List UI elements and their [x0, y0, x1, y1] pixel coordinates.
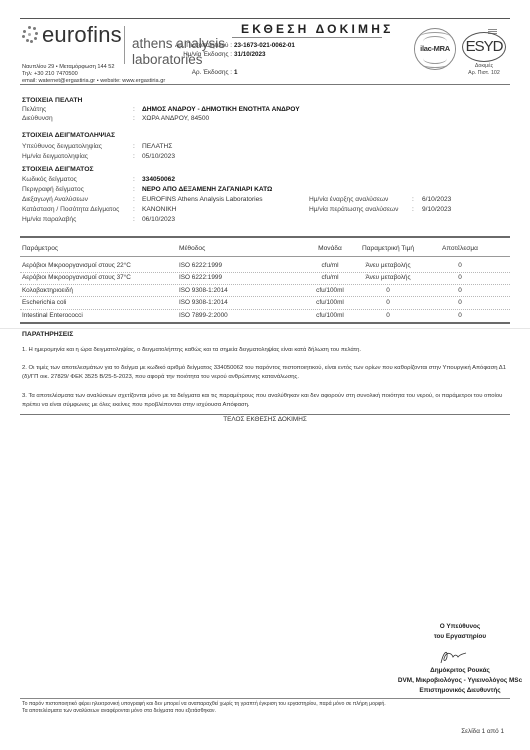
test-report-page: eurofins athens analysis laboratories Να…	[0, 0, 530, 750]
cell-result: 0	[425, 299, 495, 306]
signatory-name: Δημόκριτος Ρουκάς	[380, 667, 530, 674]
sample-condition-value: ΚΑΝΟΝΙΚΗ	[142, 206, 176, 213]
signatory-title: DVM, Μικροβιολόγος - Υγιεινολόγος MSc	[340, 677, 530, 684]
sampler-label: Υπεύθυνος δειγματοληψίας	[22, 143, 102, 150]
cell-method: ISO 7899-2:2000	[179, 312, 228, 319]
edition-label: Αρ. Έκδοσης :	[192, 69, 232, 76]
cell-parametric-value: Άνευ μεταβολής	[348, 262, 428, 269]
analysis-end-label: Ημ/νία περάτωσης αναλύσεων	[309, 206, 398, 213]
sampling-date-label: Ημ/νία δειγματοληψίας	[22, 153, 88, 160]
esyd-caption: Δοκιμές Αρ. Πιστ. 102	[458, 63, 510, 77]
cell-parametric-value: 0	[348, 299, 428, 306]
brand-logo-text: eurofins	[42, 22, 122, 48]
cell-parameter: Escherichia coli	[22, 299, 66, 306]
lab-address: Ναυπλίου 29 • Μεταμόρφωση 144 52 Τηλ: +3…	[22, 64, 165, 85]
address-label: Διεύθυνση	[22, 115, 53, 122]
issue-date: 31/10/2023	[234, 51, 266, 58]
receipt-date-label: Ημ/νία παραλαβής	[22, 216, 76, 223]
col-header-parameter: Παράμετρος	[22, 245, 58, 252]
col-header-result: Αποτέλεσμα	[425, 245, 495, 252]
observation-2: 2. Οι τιμές των αποτελεσμάτων για το δεί…	[22, 364, 512, 382]
cell-parameter: Αερόβιοι Μικροοργανισμοί στους 22°C	[22, 262, 131, 269]
end-of-report: ΤΕΛΟΣ ΕΚΘΕΣΗΣ ΔΟΚΙΜΗΣ	[0, 416, 530, 423]
analysis-lab-label: Διεξαγωγή Αναλύσεων	[22, 196, 88, 203]
analysis-end-value: 9/10/2023	[422, 206, 451, 213]
observation-1: 1. Η ημερομηνία και η ώρα δειγματοληψίας…	[22, 346, 512, 355]
sample-code-label: Κωδικός δείγματος	[22, 176, 77, 183]
analysis-lab-value: EUROFINS Athens Analysis Laboratories	[142, 196, 263, 203]
analysis-start-label: Ημ/νία έναρξης αναλύσεων	[309, 196, 388, 203]
sample-description-value: ΝΕΡΟ ΑΠΟ ΔΕΞΑΜΕΝΗ ΖΑΓΑΝΙΑΡΙ ΚΑΤΩ	[142, 186, 272, 193]
signatory-role: Επιστημονικός Διευθυντής	[380, 687, 530, 694]
receipt-date-value: 06/10/2023	[142, 216, 175, 223]
certificate-no-label: Αρ. Πιστοποιητικού :	[175, 42, 232, 49]
cell-parametric-value: Άνευ μεταβολής	[348, 274, 428, 281]
client-value: ΔΗΜΟΣ ΑΝΔΡΟΥ - ΔΗΜΟΤΙΚΗ ΕΝΟΤΗΤΑ ΑΝΔΡΟΥ	[142, 106, 300, 113]
signature-line2: του Εργαστηρίου	[380, 633, 530, 640]
client-label: Πελάτης	[22, 106, 46, 113]
cell-parameter: Intestinal Enterococci	[22, 312, 83, 319]
logo-separator	[124, 26, 125, 64]
cell-parametric-value: 0	[348, 312, 428, 319]
phone-line: Τηλ: +30 210 7470500	[22, 71, 165, 78]
cell-parametric-value: 0	[348, 287, 428, 294]
cell-result: 0	[425, 262, 495, 269]
sample-code-value: 334050062	[142, 176, 175, 183]
eurofins-logo-icon	[22, 26, 38, 42]
header-bottom-rule	[20, 84, 510, 85]
footer-disclaimer-1: Το παρόν πιστοποιητικό φέρει ηλεκτρονική…	[22, 701, 386, 707]
observation-3: 3. Τα αποτελέσματα των αναλύσεων σχετίζο…	[22, 392, 512, 410]
issue-date-label: Ημ/νία Έκδοσης :	[183, 51, 232, 58]
address-value: ΧΩΡΑ ΑΝΔΡΟΥ, 84500	[142, 115, 209, 122]
sampling-date-value: 05/10/2023	[142, 153, 175, 160]
handwritten-signature-icon	[438, 648, 468, 666]
results-bottom-rule	[20, 322, 510, 324]
report-title: ΕΚΘΕΣΗ ΔΟΚΙΜΗΣ	[241, 22, 394, 36]
address-line: Ναυπλίου 29 • Μεταμόρφωση 144 52	[22, 64, 165, 71]
cell-parameter: Κολοβακτηριοειδή	[22, 287, 73, 294]
col-header-method: Μέθοδος	[179, 245, 205, 252]
observations-heading: ΠΑΡΑΤΗΡΗΣΕΙΣ	[22, 331, 73, 338]
certificate-no: 23-1673-021-0062-01	[234, 42, 295, 49]
cell-method: ISO 6222:1999	[179, 274, 222, 281]
results-top-rule	[20, 236, 510, 238]
observations-bottom-rule	[20, 414, 510, 415]
sampling-section-heading: ΣΤΟΙΧΕΙΑ ΔΕΙΓΜΑΤΟΛΗΨΙΑΣ	[22, 132, 115, 139]
sample-description-label: Περιγραφή δείγματος	[22, 186, 84, 193]
footer-rule	[20, 698, 510, 699]
header-top-rule	[20, 18, 510, 19]
col-header-parametric-value: Παραμετρική Τιμή	[348, 245, 428, 252]
sampler-value: ΠΕΛΑΤΗΣ	[142, 143, 172, 150]
footer-disclaimer-2: Τα αποτελέσματα των αναλύσεων αναφέροντα…	[22, 708, 216, 714]
cell-method: ISO 9308-1:2014	[179, 287, 228, 294]
signature-line1: Ο Υπεύθυνος	[380, 623, 530, 630]
cell-result: 0	[425, 274, 495, 281]
cell-result: 0	[425, 287, 495, 294]
esyd-logo-icon: ESYD	[462, 32, 506, 62]
sample-section-heading: ΣΤΟΙΧΕΙΑ ΔΕΙΓΜΑΤΟΣ	[22, 166, 94, 173]
cell-method: ISO 6222:1999	[179, 262, 222, 269]
cell-result: 0	[425, 312, 495, 319]
edition-no: 1	[234, 69, 238, 76]
page-number: Σελίδα 1 από 1	[461, 728, 504, 735]
client-section-heading: ΣΤΟΙΧΕΙΑ ΠΕΛΑΤΗ	[22, 97, 82, 104]
cell-parameter: Αερόβιοι Μικροοργανισμοί στους 37°C	[22, 274, 131, 281]
cell-method: ISO 9308-1:2014	[179, 299, 228, 306]
analysis-start-value: 6/10/2023	[422, 196, 451, 203]
ilac-mra-logo-icon: ilac-MRA	[414, 28, 456, 70]
sample-condition-label: Κατάσταση / Ποσότητα Δείγματος	[22, 206, 119, 213]
title-underline	[232, 37, 382, 38]
